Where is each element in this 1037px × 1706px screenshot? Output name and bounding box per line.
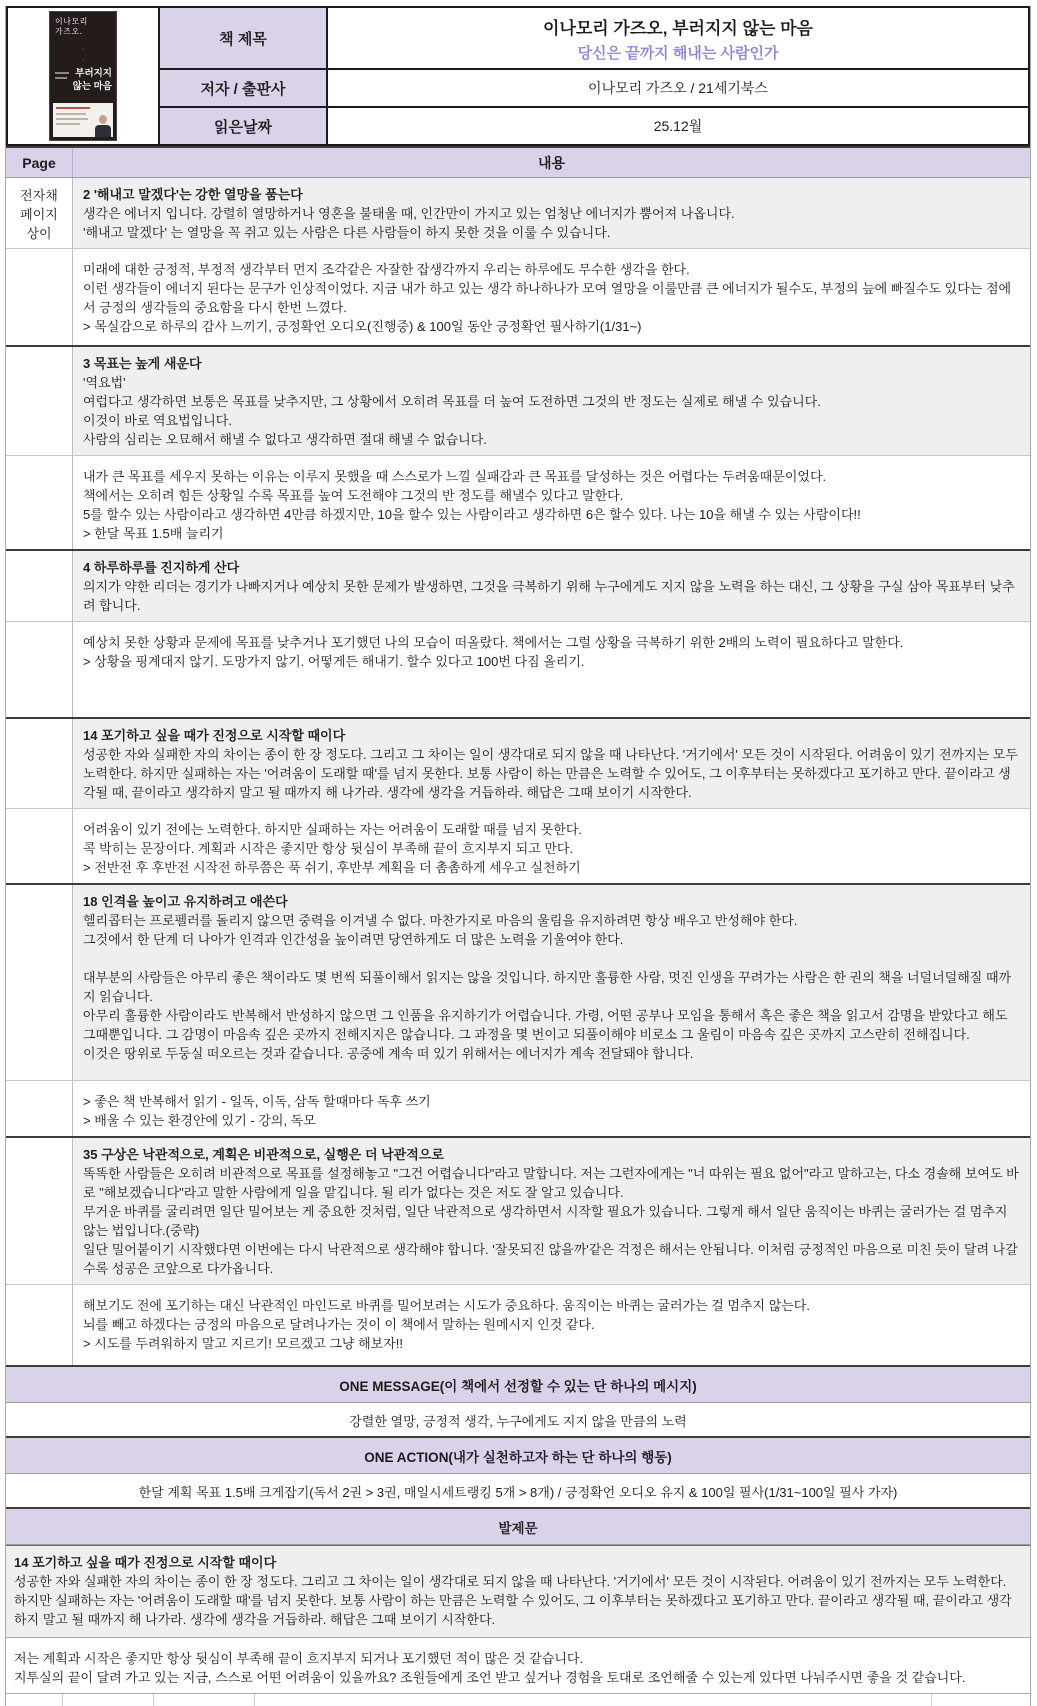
quote-content: 3 목표는 높게 새운다 '역요법'여럽다고 생각하면 보통은 목표를 낮추지만… bbox=[73, 347, 1030, 455]
author-publisher-cell: 이나모리 가즈오 / 21세기북스 bbox=[328, 70, 1028, 108]
text-line: 뇌를 빼고 하겠다는 긍정의 마음으로 달려나가는 것이 이 책에서 말하는 원… bbox=[83, 1315, 1020, 1334]
discussion-comment-lines: 저는 계획과 시작은 좋지만 항상 뒷심이 부족해 끝이 흐지부지 되거나 포기… bbox=[14, 1649, 1022, 1687]
reflection-content: > 좋은 책 반복해서 읽기 - 일독, 이독, 삼독 할때마다 독후 쓰기> … bbox=[73, 1081, 1030, 1136]
cover-title-text: 부러지지 않는 마음 bbox=[73, 68, 112, 94]
book-subtitle-text: 당신은 끝까지 해내는 사람인가 bbox=[578, 42, 779, 63]
reading-note-sheet: 이나모리 가즈오. ··· 부러지지 않는 마음 bbox=[5, 6, 1031, 1706]
text-line: 성공한 자와 실패한 자의 차이는 종이 한 장 정도다. 그리고 그 차이는 … bbox=[14, 1572, 1022, 1629]
reflection-row-14: 어려움이 있기 전에는 노력한다. 하지만 실패하는 자는 어려움이 도래할 때… bbox=[6, 808, 1030, 883]
quote-row-2: 전자채페이지상이 2 '해내고 말겠다'는 강한 열망을 품는다 생각은 에너지… bbox=[6, 178, 1030, 248]
section-lines: '역요법'여럽다고 생각하면 보통은 목표를 낮추지만, 그 상황에서 오히려 … bbox=[83, 373, 1020, 449]
discussion-quote: 14 포기하고 싶을 때가 진정으로 시작할 때이다 성공한 자와 실패한 자의… bbox=[6, 1545, 1030, 1637]
page-cell bbox=[6, 885, 73, 1080]
text-line: 여럽다고 생각하면 보통은 목표를 낮추지만, 그 상황에서 오히려 목표를 더… bbox=[83, 392, 1020, 411]
text-line: > 목실감으로 하루의 감사 느끼기, 긍정확언 오디오(진행중) & 100일… bbox=[83, 317, 1020, 336]
read-date-label: 읽은날짜 bbox=[160, 108, 328, 144]
text-line: 그것에서 한 단계 더 나아가 인격과 인간성을 높이려면 당연하게도 더 많은… bbox=[83, 930, 1020, 949]
book-cover-cell: 이나모리 가즈오. ··· 부러지지 않는 마음 bbox=[8, 8, 160, 144]
text-line: 이것은 땅위로 두둥실 떠오르는 것과 같습니다. 공중에 계속 떠 있기 위해… bbox=[83, 1044, 1020, 1063]
read-date-text: 25.12월 bbox=[654, 116, 703, 136]
section-lines: 생각은 에너지 입니다. 강렬히 열망하거나 영혼을 불태울 때, 인간만이 가… bbox=[83, 204, 1020, 242]
text-line: 상이 bbox=[6, 224, 72, 243]
text-line: 미래에 대한 긍정적, 부정적 생각부터 먼지 조각같은 자잘한 잡생각까지 우… bbox=[83, 260, 1020, 279]
section-heading: 18 인격을 높이고 유지하려고 애쓴다 bbox=[83, 892, 1020, 911]
section-lines: 성공한 자와 실패한 자의 차이는 종이 한 장 정도다. 그리고 그 차이는 … bbox=[83, 745, 1020, 802]
text-line: 일단 밀어붙이기 시작했다면 이번에는 다시 낙관적으로 생각해야 합니다. '… bbox=[83, 1240, 1020, 1278]
book-title-cell: 이나모리 가즈오, 부러지지 않는 마음 당신은 끝까지 해내는 사람인가 bbox=[328, 8, 1028, 70]
quote-content: 18 인격을 높이고 유지하려고 애쓴다 헬리콥터는 프로펠러를 돌리지 않으면… bbox=[73, 885, 1030, 1080]
text-line: 5를 할수 있는 사람이라고 생각하면 4만큼 하겠지만, 10을 할수 있는 … bbox=[83, 505, 1020, 524]
book-info-table: 이나모리 가즈오. ··· 부러지지 않는 마음 bbox=[6, 6, 1030, 146]
page-cell bbox=[6, 249, 73, 345]
book-cover-image: 이나모리 가즈오. ··· 부러지지 않는 마음 bbox=[50, 12, 116, 140]
page-cell bbox=[6, 809, 73, 883]
author-photo-head bbox=[99, 115, 107, 124]
quote-row-4: 4 하루하루를 진지하게 산다 의지가 약한 리더는 경기가 나빠지거나 예상치… bbox=[6, 549, 1030, 621]
book-title-label: 책 제목 bbox=[160, 8, 328, 70]
book-title-text: 이나모리 가즈오, 부러지지 않는 마음 bbox=[543, 14, 813, 39]
reflection-content: 해보기도 전에 포기하는 대신 낙관적인 마인드로 바퀴를 밀어보려는 시도가 … bbox=[73, 1285, 1030, 1365]
discussion-quote-heading: 14 포기하고 싶을 때가 진정으로 시작할 때이다 bbox=[14, 1553, 1022, 1572]
author-publisher-label: 저자 / 출판사 bbox=[160, 70, 328, 108]
quote-row-35: 35 구상은 낙관적으로, 계획은 비관적으로, 실행은 더 낙관적으로 똑똑한… bbox=[6, 1136, 1030, 1284]
section-lines: 똑똑한 사람들은 오히려 비관적으로 목표를 설정해놓고 "그건 어렵습니다"라… bbox=[83, 1164, 1020, 1278]
page-column-header: Page bbox=[6, 148, 73, 177]
text-line: 대부분의 사람들은 아무리 좋은 책이라도 몇 번씩 되풀이해서 읽지는 않을 … bbox=[83, 968, 1020, 1006]
cover-small-text-bar bbox=[55, 72, 69, 74]
page-cell bbox=[6, 456, 73, 549]
one-message-value: 강렬한 열망, 긍정적 생각, 누구에게도 지지 않을 만큼의 노력 bbox=[6, 1403, 1030, 1436]
reflection-content: 내가 큰 목표를 세우지 못하는 이유는 이루지 못했을 때 스스로가 느낄 실… bbox=[73, 456, 1030, 549]
reflection-content: 예상치 못한 상황과 문제에 목표를 낮추거나 포기했던 나의 모습이 떠올랐다… bbox=[73, 622, 1030, 717]
stub-cell bbox=[63, 1694, 154, 1706]
quote-content: 4 하루하루를 진지하게 산다 의지가 약한 리더는 경기가 나빠지거나 예상치… bbox=[73, 551, 1030, 621]
reflection-row-18: > 좋은 책 반복해서 읽기 - 일독, 이독, 삼독 할때마다 독후 쓰기> … bbox=[6, 1080, 1030, 1136]
one-message-header: ONE MESSAGE(이 책에서 선정할 수 있는 단 하나의 메시지) bbox=[6, 1365, 1030, 1403]
text-line: 어려움이 있기 전에는 노력한다. 하지만 실패하는 자는 어려움이 도래할 때… bbox=[83, 820, 1020, 839]
text-line: 성공한 자와 실패한 자의 차이는 종이 한 장 정도다. 그리고 그 차이는 … bbox=[83, 745, 1020, 802]
text-line: 내가 큰 목표를 세우지 못하는 이유는 이루지 못했을 때 스스로가 느낄 실… bbox=[83, 467, 1020, 486]
quote-row-3: 3 목표는 높게 새운다 '역요법'여럽다고 생각하면 보통은 목표를 낮추지만… bbox=[6, 345, 1030, 455]
cover-title-line1: 부러지지 bbox=[73, 68, 112, 81]
text-line: 예상치 못한 상황과 문제에 목표를 낮추거나 포기했던 나의 모습이 떠올랐다… bbox=[83, 633, 1020, 652]
section-lines: 미래에 대한 긍정적, 부정적 생각부터 먼지 조각같은 자잘한 잡생각까지 우… bbox=[83, 260, 1020, 336]
one-action-value: 한달 계획 목표 1.5배 크게잡기(독서 2권 > 3권, 매일시세트랭킹 5… bbox=[6, 1474, 1030, 1507]
page-cell bbox=[6, 1081, 73, 1136]
stub-cell bbox=[255, 1694, 932, 1706]
section-lines: 예상치 못한 상황과 문제에 목표를 낮추거나 포기했던 나의 모습이 떠올랐다… bbox=[83, 633, 1020, 671]
section-lines: 의지가 약한 리더는 경기가 나빠지거나 예상치 못한 문제가 발생하면, 그것… bbox=[83, 577, 1020, 615]
one-action-header: ONE ACTION(내가 실천하고자 하는 단 하나의 행동) bbox=[6, 1436, 1030, 1474]
section-heading: 4 하루하루를 진지하게 산다 bbox=[83, 558, 1020, 577]
page-cell: 전자채페이지상이 bbox=[6, 178, 73, 248]
text-line: 무거운 바퀴를 굴리려면 일단 밀어보는 게 중요한 것처럼, 일단 낙관적으로… bbox=[83, 1202, 1020, 1240]
discussion-quote-lines: 성공한 자와 실패한 자의 차이는 종이 한 장 정도다. 그리고 그 차이는 … bbox=[14, 1572, 1022, 1629]
quote-content: 35 구상은 낙관적으로, 계획은 비관적으로, 실행은 더 낙관적으로 똑똑한… bbox=[73, 1138, 1030, 1284]
section-heading: 3 목표는 높게 새운다 bbox=[83, 354, 1020, 373]
cover-author-text: 이나모리 가즈오. bbox=[55, 17, 88, 38]
page-cell bbox=[6, 551, 73, 621]
text-line: 해보기도 전에 포기하는 대신 낙관적인 마인드로 바퀴를 밀어보려는 시도가 … bbox=[83, 1296, 1020, 1315]
text-line: 사람의 심리는 오묘해서 해낼 수 없다고 생각하면 절대 해낼 수 없습니다. bbox=[83, 430, 1020, 449]
page-cell bbox=[6, 347, 73, 455]
text-line: 생각은 에너지 입니다. 강렬히 열망하거나 영혼을 불태울 때, 인간만이 가… bbox=[83, 204, 1020, 223]
table-column-header: Page 내용 bbox=[6, 146, 1030, 178]
cover-small-text-bar bbox=[55, 77, 67, 79]
text-line: 페이지 bbox=[6, 205, 72, 224]
text-line: 전자채 bbox=[6, 186, 72, 205]
read-date-cell: 25.12월 bbox=[328, 108, 1028, 144]
reflection-content: 미래에 대한 긍정적, 부정적 생각부터 먼지 조각같은 자잘한 잡생각까지 우… bbox=[73, 249, 1030, 345]
text-line: > 한달 목표 1.5배 늘리기 bbox=[83, 524, 1020, 543]
cover-title-line2: 않는 마음 bbox=[73, 81, 112, 94]
text-line: 지투실의 끝이 달려 가고 있는 지금, 스스로 어떤 어려움이 있을까요? 조… bbox=[14, 1668, 1022, 1687]
content-column-header: 내용 bbox=[73, 148, 1030, 177]
text-line: 저는 계획과 시작은 좋지만 항상 뒷심이 부족해 끝이 흐지부지 되거나 포기… bbox=[14, 1649, 1022, 1668]
cover-author-line1: 이나모리 bbox=[55, 17, 88, 27]
quote-row-14: 14 포기하고 싶을 때가 진정으로 시작할 때이다 성공한 자와 실패한 자의… bbox=[6, 717, 1030, 808]
reflection-row-4: 예상치 못한 상황과 문제에 목표를 낮추거나 포기했던 나의 모습이 떠올랐다… bbox=[6, 621, 1030, 717]
text-line: > 상황을 핑계대지 않기. 도망가지 않기. 어떻게든 해내기. 할수 있다고… bbox=[83, 652, 1020, 671]
text-line: 이것이 바로 역요법입니다. bbox=[83, 411, 1020, 430]
discussion-header: 발제문 bbox=[6, 1507, 1030, 1545]
page-cell bbox=[6, 1285, 73, 1365]
quote-row-18: 18 인격을 높이고 유지하려고 애쓴다 헬리콥터는 프로펠러를 돌리지 않으면… bbox=[6, 883, 1030, 1080]
quote-content: 14 포기하고 싶을 때가 진정으로 시작할 때이다 성공한 자와 실패한 자의… bbox=[73, 719, 1030, 808]
cover-blurb-bar bbox=[56, 113, 86, 115]
cover-photo-strip bbox=[53, 103, 113, 137]
text-line bbox=[83, 949, 1020, 968]
cover-blurb-bar bbox=[56, 123, 80, 125]
text-line: 이런 생각들이 에너지 된다는 문구가 인상적이었다. 지금 내가 하고 있는 … bbox=[83, 279, 1020, 317]
text-line: > 좋은 책 반복해서 읽기 - 일독, 이독, 삼독 할때마다 독후 쓰기 bbox=[83, 1092, 1020, 1111]
page-cell bbox=[6, 622, 73, 717]
section-lines: > 좋은 책 반복해서 읽기 - 일독, 이독, 삼독 할때마다 독후 쓰기> … bbox=[83, 1092, 1020, 1130]
page-label: 전자채페이지상이 bbox=[6, 186, 72, 243]
cover-author-line2: 가즈오. bbox=[55, 27, 88, 37]
author-publisher-text: 이나모리 가즈오 / 21세기북스 bbox=[588, 78, 768, 98]
text-line: > 배울 수 있는 환경안에 있기 - 강의, 독모 bbox=[83, 1111, 1020, 1130]
section-lines: 내가 큰 목표를 세우지 못하는 이유는 이루지 못했을 때 스스로가 느낄 실… bbox=[83, 467, 1020, 543]
section-lines: 해보기도 전에 포기하는 대신 낙관적인 마인드로 바퀴를 밀어보려는 시도가 … bbox=[83, 1296, 1020, 1353]
reflection-content: 어려움이 있기 전에는 노력한다. 하지만 실패하는 자는 어려움이 도래할 때… bbox=[73, 809, 1030, 883]
reflection-row-2: 미래에 대한 긍정적, 부정적 생각부터 먼지 조각같은 자잘한 잡생각까지 우… bbox=[6, 248, 1030, 345]
discussion-comment: 저는 계획과 시작은 좋지만 항상 뒷심이 부족해 끝이 흐지부지 되거나 포기… bbox=[6, 1637, 1030, 1693]
author-photo-suit bbox=[95, 125, 111, 137]
text-line: > 전반전 후 후반전 시작전 하루쯤은 푹 쉬기, 후반부 계획을 더 촘촘하… bbox=[83, 858, 1020, 877]
section-heading: 14 포기하고 싶을 때가 진정으로 시작할 때이다 bbox=[83, 726, 1020, 745]
next-row-stub bbox=[6, 1693, 1030, 1706]
text-line: '역요법' bbox=[83, 373, 1020, 392]
reflection-row-35: 해보기도 전에 포기하는 대신 낙관적인 마인드로 바퀴를 밀어보려는 시도가 … bbox=[6, 1284, 1030, 1365]
text-line: 똑똑한 사람들은 오히려 비관적으로 목표를 설정해놓고 "그건 어렵습니다"라… bbox=[83, 1164, 1020, 1202]
page-cell bbox=[6, 1138, 73, 1284]
author-photo bbox=[95, 115, 111, 137]
text-line: 의지가 약한 리더는 경기가 나빠지거나 예상치 못한 문제가 발생하면, 그것… bbox=[83, 577, 1020, 615]
cover-blurb-bar bbox=[56, 118, 88, 120]
stub-cell bbox=[6, 1694, 63, 1706]
page-cell bbox=[6, 719, 73, 808]
text-line: 콕 박히는 문장이다. 계획과 시작은 좋지만 항상 뒷심이 부족해 끝이 흐지… bbox=[83, 839, 1020, 858]
text-line: 아무리 훌륭한 사람이라도 반복해서 반성하지 않으면 그 인품을 유지하기가 … bbox=[83, 1006, 1020, 1044]
text-line: > 시도를 두려워하지 말고 지르기! 모르겠고 그냥 해보자!! bbox=[83, 1334, 1020, 1353]
section-heading: 35 구상은 낙관적으로, 계획은 비관적으로, 실행은 더 낙관적으로 bbox=[83, 1145, 1020, 1164]
quote-content: 2 '해내고 말겠다'는 강한 열망을 품는다 생각은 에너지 입니다. 강렬히… bbox=[73, 178, 1030, 248]
section-heading: 2 '해내고 말겠다'는 강한 열망을 품는다 bbox=[83, 185, 1020, 204]
text-line: 책에서는 오히려 힘든 상황일 수록 목표를 높여 도전해야 그것의 반 정도를… bbox=[83, 486, 1020, 505]
reflection-row-3: 내가 큰 목표를 세우지 못하는 이유는 이루지 못했을 때 스스로가 느낄 실… bbox=[6, 455, 1030, 549]
text-line: 헬리콥터는 프로펠러를 돌리지 않으면 중력을 이겨낼 수 없다. 마찬가지로 … bbox=[83, 911, 1020, 930]
section-lines: 어려움이 있기 전에는 노력한다. 하지만 실패하는 자는 어려움이 도래할 때… bbox=[83, 820, 1020, 877]
stub-cell bbox=[932, 1694, 1030, 1706]
section-lines: 헬리콥터는 프로펠러를 돌리지 않으면 중력을 이겨낼 수 없다. 마찬가지로 … bbox=[83, 911, 1020, 1063]
text-line: '해내고 말겠다' 는 열망을 꼭 쥐고 있는 사람은 다른 사람들이 하지 못… bbox=[83, 223, 1020, 242]
stub-cell bbox=[154, 1694, 255, 1706]
cover-blurb-bar bbox=[56, 107, 90, 109]
